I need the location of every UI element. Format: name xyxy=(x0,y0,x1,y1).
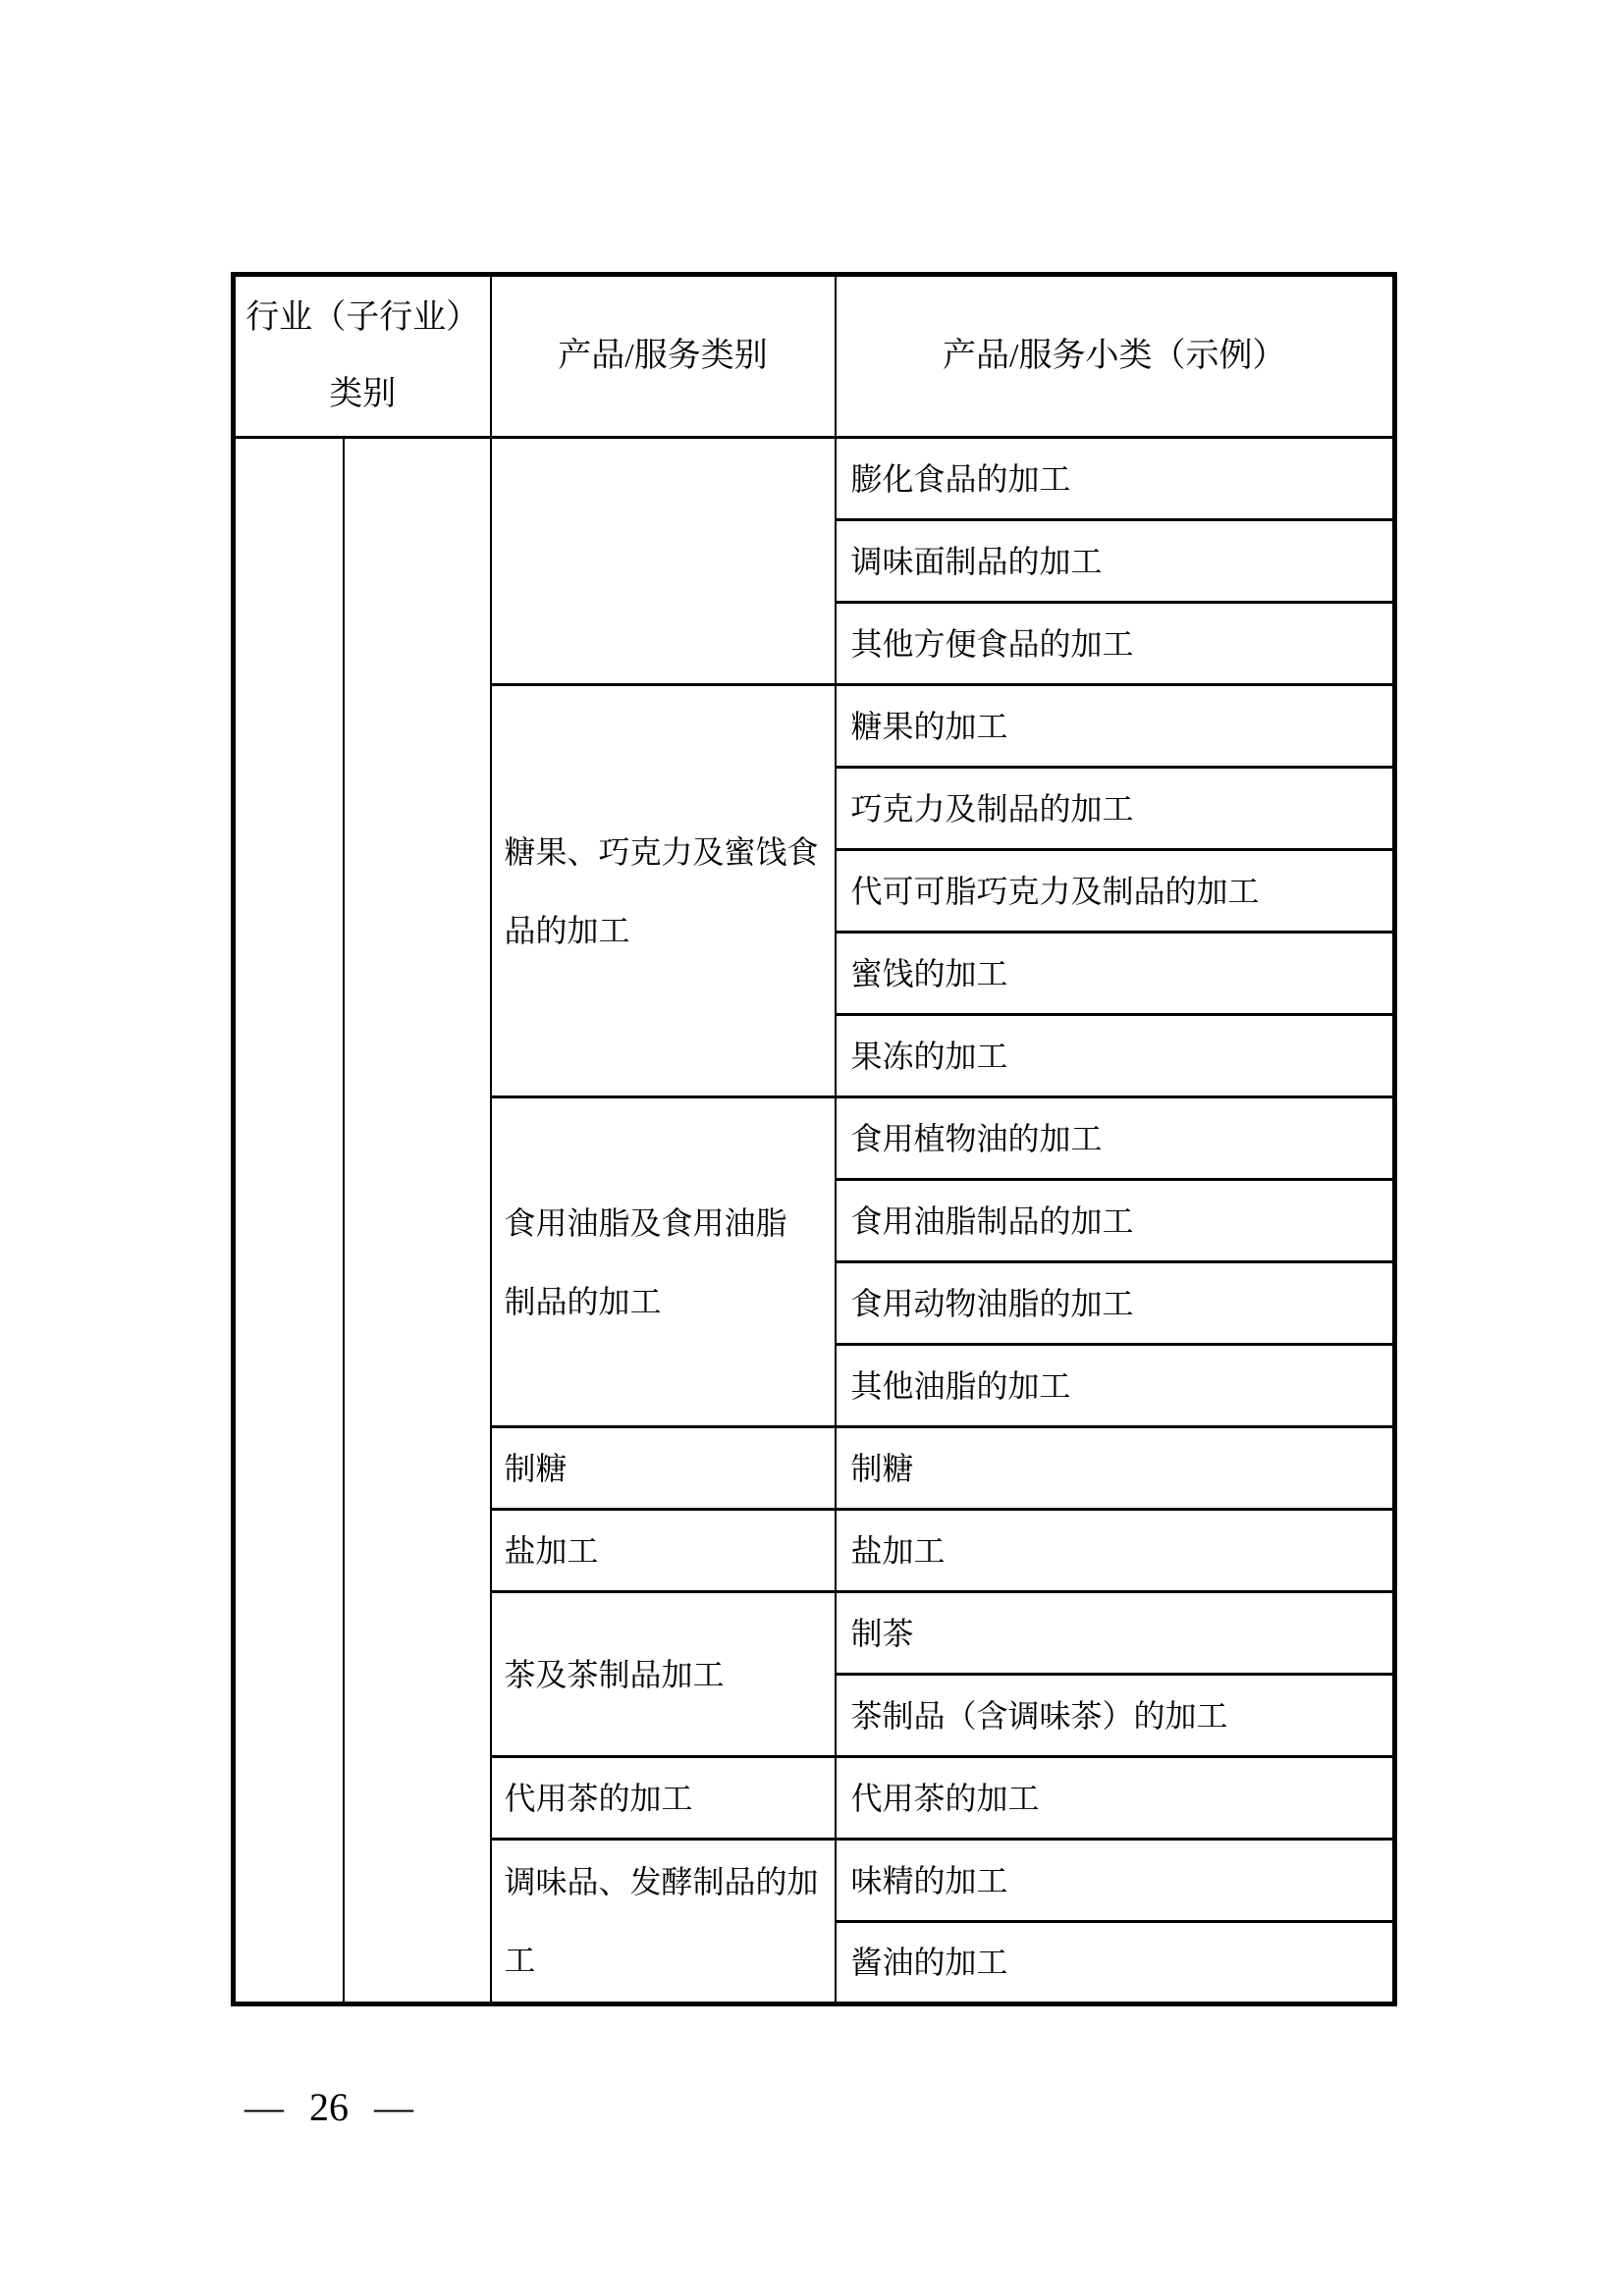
subcategory-cell: 调味面制品的加工 xyxy=(836,520,1395,603)
category-cell-condiments-fermented: 调味品、发酵制品的加 工 xyxy=(491,1840,836,2004)
subcategory-cell: 盐加工 xyxy=(836,1510,1395,1592)
subcategory-cell: 蜜饯的加工 xyxy=(836,933,1395,1015)
subcategory-cell: 食用植物油的加工 xyxy=(836,1097,1395,1180)
category-cell-tea-substitute: 代用茶的加工 xyxy=(491,1757,836,1840)
table-header-row: 行业（子行业） 类别 产品/服务类别 产品/服务小类（示例） xyxy=(234,275,1395,438)
category-cell-continued-empty xyxy=(491,438,836,685)
subcategory-cell: 其他油脂的加工 xyxy=(836,1345,1395,1427)
category-cell-tea: 茶及茶制品加工 xyxy=(491,1592,836,1757)
subindustry-column-empty-cell xyxy=(344,438,491,2004)
subcategory-cell: 味精的加工 xyxy=(836,1840,1395,1922)
table-row: 膨化食品的加工 xyxy=(234,438,1395,520)
subcategory-cell: 酱油的加工 xyxy=(836,1922,1395,2004)
subcategory-cell: 代可可脂巧克力及制品的加工 xyxy=(836,850,1395,933)
subcategory-cell: 其他方便食品的加工 xyxy=(836,603,1395,685)
subcategory-cell: 果冻的加工 xyxy=(836,1015,1395,1097)
header-product-service-subcategory: 产品/服务小类（示例） xyxy=(836,275,1395,438)
category-cell-candy-chocolate-preserves: 糖果、巧克力及蜜饯食 品的加工 xyxy=(491,685,836,1097)
subcategory-cell: 糖果的加工 xyxy=(836,685,1395,768)
category-cell-salt: 盐加工 xyxy=(491,1510,836,1592)
subcategory-cell: 膨化食品的加工 xyxy=(836,438,1395,520)
industry-column-empty-cell xyxy=(234,438,344,2004)
subcategory-cell: 食用动物油脂的加工 xyxy=(836,1262,1395,1345)
subcategory-cell: 制糖 xyxy=(836,1427,1395,1510)
header-industry-category: 行业（子行业） 类别 xyxy=(234,275,491,438)
subcategory-cell: 代用茶的加工 xyxy=(836,1757,1395,1840)
industry-product-service-table: 行业（子行业） 类别 产品/服务类别 产品/服务小类（示例） 膨化食品的加工 调… xyxy=(231,272,1397,2006)
category-cell-sugar: 制糖 xyxy=(491,1427,836,1510)
subcategory-cell: 巧克力及制品的加工 xyxy=(836,768,1395,850)
header-product-service-category: 产品/服务类别 xyxy=(491,275,836,438)
subcategory-cell: 茶制品（含调味茶）的加工 xyxy=(836,1675,1395,1757)
page-number: — 26 — xyxy=(244,2088,413,2127)
subcategory-cell: 制茶 xyxy=(836,1592,1395,1675)
subcategory-cell: 食用油脂制品的加工 xyxy=(836,1180,1395,1262)
category-cell-edible-oils: 食用油脂及食用油脂 制品的加工 xyxy=(491,1097,836,1427)
